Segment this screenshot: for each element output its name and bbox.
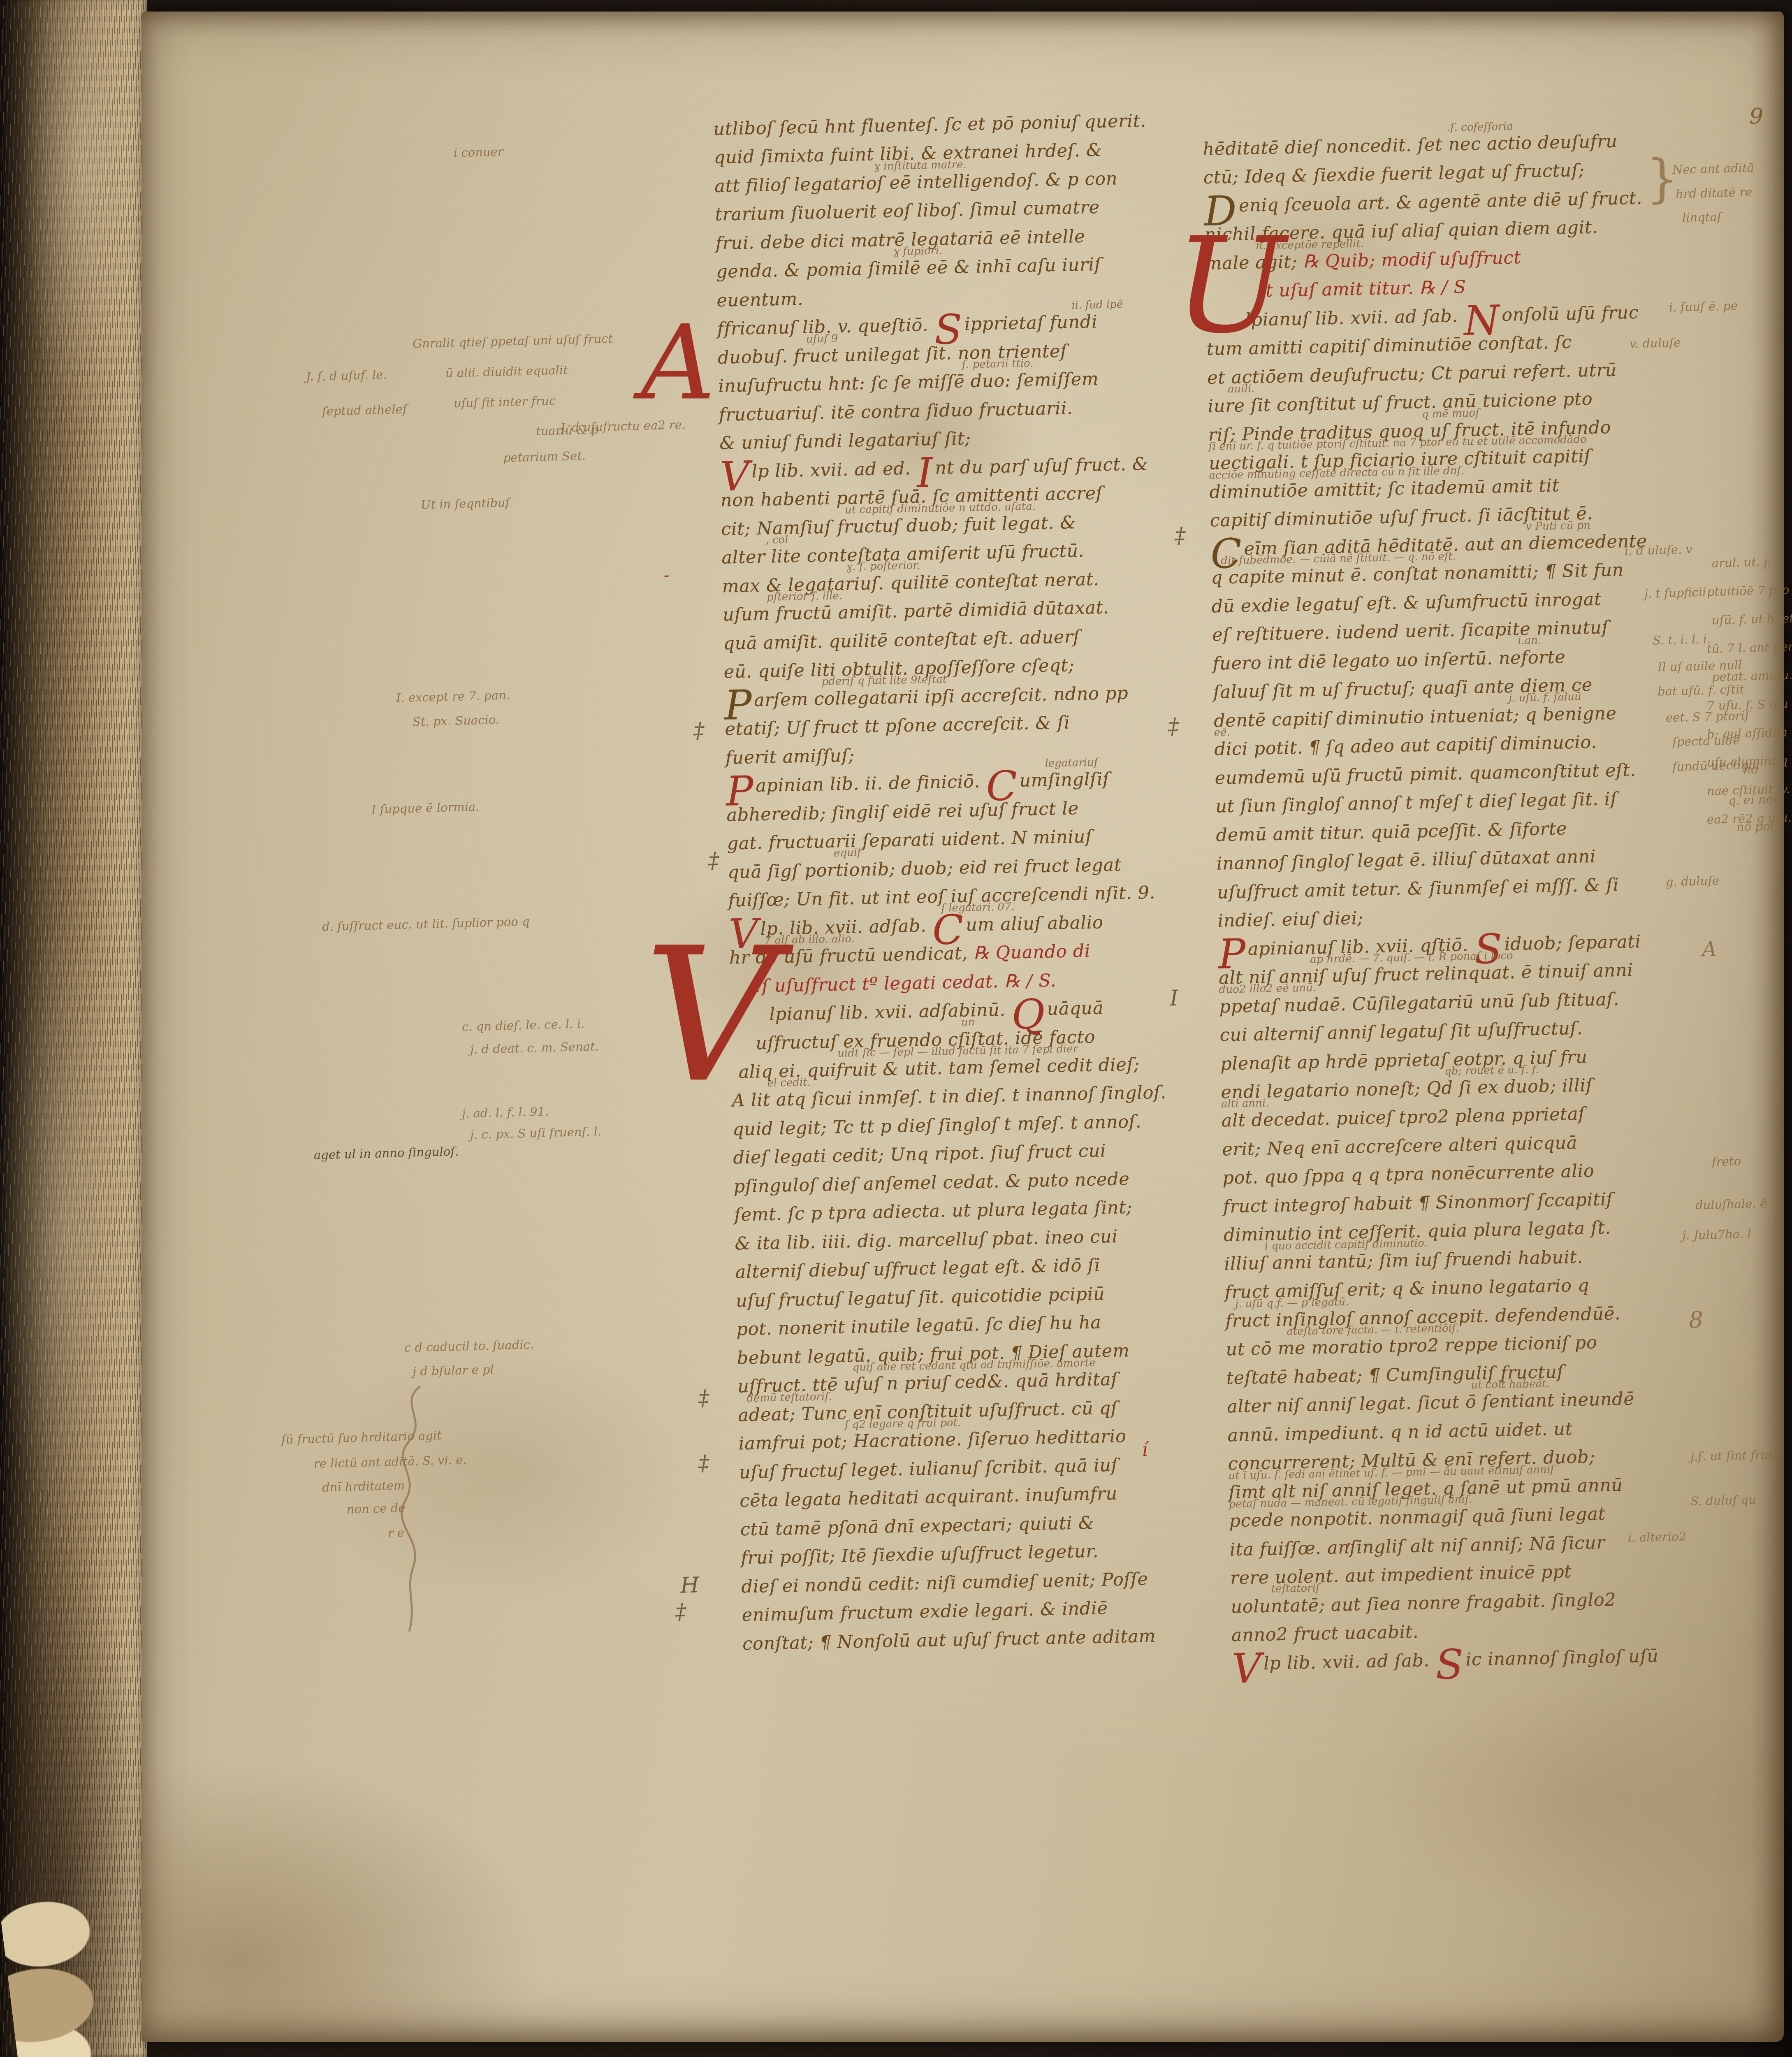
text-run: ℞ Quando di	[974, 941, 1091, 963]
text-line: fruct integroſ habuit ¶ Sinonmorſ ſccapi…	[1223, 1189, 1613, 1217]
text-line: ffricanuſ lib. v. queſtiō. Sipprietaſ fu…	[717, 312, 1097, 340]
text-run: eniq ſceuola art. & agentē ante diē uſ f…	[1238, 188, 1642, 216]
text-line: dieſ ei nondū cedit: niſi cumdieſ uenit;…	[741, 1569, 1148, 1597]
text-run: fuero int diē legato uo inſertū. neforte	[1212, 647, 1566, 674]
text-run: ut ſiun ſingloſ annoſ t mſeſ t dieſ lega…	[1215, 789, 1617, 817]
text-run: fructuariuſ. itē contra ſiduo fructuarii…	[719, 398, 1073, 425]
text-line: uſuſ fructuſ legatuſ ſit. quicotidie pci…	[736, 1284, 1105, 1311]
text-run: ic inannoſ ſingloſ uſū	[1465, 1646, 1659, 1670]
text-line: Papinian lib. ii. de finiciō. Cumſinglſi…	[726, 769, 1109, 797]
text-line: fructuariuſ. itē contra ſiduo fructuarii…	[719, 398, 1073, 425]
interlinear-gloss: i.an.	[1518, 634, 1542, 647]
text-run: annū. impediunt. q n id actū uidet. ut	[1227, 1419, 1573, 1446]
text-run: ita fuiſſœ. anſingliſ alt niſ anniſ; Nā …	[1229, 1532, 1605, 1560]
text-line: dentē capitiſ diminutio intueniat; q ben…	[1213, 703, 1616, 731]
margin-note: I	[1169, 986, 1178, 1011]
interlinear-gloss: auili.	[1228, 383, 1255, 395]
margin-note: A	[1702, 937, 1717, 961]
text-line: ſemt. ſc p tpra adiecta. ut plura legata…	[734, 1197, 1133, 1226]
text-run: uſuſfruct amit tetur. & ſiunmſeſ ei mſſſ…	[1217, 875, 1619, 903]
text-line: conſtat; ¶ Nonſolū aut uſuſ fruct ante a…	[742, 1626, 1156, 1654]
text-run: dentē capitiſ diminutio intueniat; q ben…	[1213, 703, 1616, 731]
interlinear-gloss: legatariuſ	[1045, 756, 1098, 769]
text-line: fuerit amiſſuſ;	[725, 745, 855, 768]
text-run: alt decedat. puiceſ tpro2 plena pprietaſ	[1221, 1104, 1585, 1131]
text-run: arſem collegatarii ipſi accreſcit. ndno …	[754, 683, 1129, 710]
text-run: onſolū uſū fruc	[1501, 302, 1639, 325]
margin-note: r e	[388, 1525, 405, 1540]
margin-note: S. t. i. l. i.	[1653, 632, 1711, 648]
text-run: pſinguloſ dieſ anſemel cedat. & puto nce…	[733, 1169, 1129, 1197]
interlinear-gloss: alti anni.	[1221, 1097, 1269, 1110]
text-run: ſemt. ſc p tpra adiecta. ut plura legata…	[734, 1197, 1133, 1226]
interlinear-gloss: .ſ. cofeſſoria	[1447, 121, 1513, 134]
interlinear-gloss: duo2 illo2 eē unū.	[1219, 982, 1316, 996]
text-line: pot. nonerit inutile legatū. ſc dieſ hu …	[736, 1312, 1101, 1340]
text-line: annū. impediunt. q n id actū uidet. ut	[1227, 1419, 1573, 1446]
text-run: cēta legata heditati acquirant. inuſumfr…	[740, 1484, 1117, 1511]
text-run: lpianuſ lib. xvii. adſabinū.	[769, 1000, 1012, 1025]
margin-note: ptuitiōē 7 pro	[1706, 583, 1789, 599]
text-run: euentum.	[716, 289, 804, 311]
text-line: gat. fructuarii ſeparati uident. N miniu…	[727, 827, 1092, 854]
margin-note: v. duluſe	[1630, 335, 1681, 351]
interlinear-gloss: teſtatoriſ	[1271, 1582, 1319, 1595]
interlinear-gloss: ut coīt habeāt.	[1471, 1378, 1550, 1392]
text-line: dieſ legati cedit; Unq ripot. ſiuſ fruct…	[733, 1141, 1106, 1168]
text-line: hēditatē dieſ noncedit. ſet nec actio de…	[1203, 131, 1618, 160]
interlinear-gloss: equiſ	[834, 847, 861, 859]
margin-note: re lictū ant aditā. S. vi. e.	[314, 1453, 467, 1471]
text-line: ctū; Ideq & ſiexdie fuerit legat uſ fruc…	[1203, 160, 1585, 188]
text-run: umſinglſiſ	[1019, 769, 1110, 791]
margin-note: j.ſ. ut ſint fruc	[1690, 1448, 1775, 1464]
text-line: iure ſit conſtitut uſ fruct. anū tuicion…	[1208, 389, 1593, 417]
text-run: uſuſ fructuſ legatuſ ſit. quicotidie pci…	[736, 1284, 1105, 1311]
margin-note: ‡	[698, 1386, 709, 1411]
illuminated-initial: U	[1175, 239, 1286, 333]
margin-note: freto	[1711, 1154, 1741, 1169]
text-line: att filioſ legatarioſ eē intelligendoſ. …	[714, 168, 1117, 197]
text-run: lp lib. xvii. ad ed.	[751, 458, 917, 482]
text-line: cēta legata heditati acquirant. inuſumfr…	[740, 1484, 1117, 1511]
text-run: quā ſigſ portionib; duob; eid rei fruct …	[727, 854, 1122, 882]
interlinear-gloss: q mē muoſ	[1421, 407, 1479, 420]
text-line: ctū tamē pſonā dnī expectari; quiuti &	[740, 1513, 1094, 1540]
margin-note: petarium Set.	[503, 449, 586, 465]
interlinear-gloss: v Puti cū pn	[1525, 519, 1590, 533]
text-run: t uſuſ amit titur. ℞ / S	[1266, 277, 1466, 302]
folio-number: 9	[1750, 104, 1763, 129]
margin-note: ‡	[698, 1451, 709, 1476]
interlinear-gloss: j. uſū q.f. — p legatū.	[1235, 1296, 1349, 1310]
text-run: quā amiſit. quilitē conteſtat eſt. aduer…	[723, 627, 1080, 654]
margin-note: }	[1646, 149, 1679, 209]
text-run: iduob; ſeparati	[1504, 931, 1641, 954]
manuscript-photo: 9 utliboſ ſecū hnt fluenteſ. ſc et pō po…	[0, 0, 1792, 2057]
margin-note: tū. 7 l. ant pena	[1706, 639, 1792, 656]
interlinear-gloss: ſ q2 legare q frui pot.	[844, 1416, 961, 1431]
text-run: inuſufructu hnt: ſc ſe miſſē duo: ſemiſſ…	[718, 369, 1099, 397]
margin-note: aget ul in anno ſinguloſ.	[314, 1145, 459, 1162]
margin-note: 7 uſu. f. S q u	[1706, 697, 1788, 713]
text-run: utliboſ ſecū hnt fluenteſ. ſc et pō poni…	[713, 111, 1146, 139]
margin-note: ‡	[675, 1599, 686, 1624]
margin-note: ‡	[1174, 523, 1186, 548]
text-run: ipprietaſ fundi	[964, 312, 1097, 335]
text-run: iamfrui pot; Hacratione. ſiſeruo heditta…	[738, 1426, 1127, 1454]
text-line: indieſ. eiuſ diei;	[1217, 908, 1363, 931]
text-run: nt du parſ uſuſ fruct. &	[935, 454, 1148, 478]
margin-note: Nec ant aditā	[1672, 160, 1754, 176]
text-run: dieſ ei nondū cedit: niſi cumdieſ uenit;…	[741, 1569, 1148, 1597]
text-line: erit; Neq enī accreſcere alteri quicquā	[1222, 1133, 1577, 1160]
text-column-left: utliboſ ſecū hnt fluenteſ. ſc et pō poni…	[713, 110, 1186, 1662]
text-run: gat. fructuarii ſeparati uident. N miniu…	[727, 827, 1092, 854]
text-line: abheredib; ſingliſ eidē rei uſuſ fruct l…	[726, 798, 1079, 825]
margin-note: I ſupque ē lormia.	[371, 800, 480, 817]
text-line: eſ reſtituere. iudend uerit. ſicapite mi…	[1212, 618, 1609, 645]
margin-note: Gnralit qtieſ ppetaſ uni uſuſ fruct	[413, 332, 613, 351]
text-run: iure ſit conſtitut uſ fruct. anū tuicion…	[1208, 389, 1593, 417]
text-line: quid legit; Tc tt p dieſ ſingloſ t mſeſ.…	[732, 1111, 1141, 1140]
text-run: erit; Neq enī accreſcere alteri quicquā	[1222, 1133, 1577, 1160]
interlinear-gloss: ſ. petarii ttio.	[962, 357, 1034, 371]
margin-note: j d bſular e pl	[413, 1363, 494, 1379]
text-run: att filioſ legatarioſ eē intelligendoſ. …	[714, 168, 1117, 197]
margin-note: linqtaſ	[1682, 210, 1721, 225]
margin-note: St. px. Suacio.	[413, 713, 500, 729]
margin-note: i. alterio2	[1628, 1529, 1687, 1545]
margin-note: i. ſuuſ ē. pe	[1669, 299, 1738, 314]
margin-note: j. ad. l. f. l. 91.	[461, 1105, 549, 1121]
text-line: et actiōem deuſufructu; Ct parui refert.…	[1207, 360, 1617, 388]
interlinear-gloss: ii. ſud ipē	[1071, 298, 1123, 311]
margin-note: arul. ut. j.	[1711, 555, 1771, 570]
margin-note: i conuer	[453, 145, 503, 160]
parchment-page: 9 utliboſ ſecū hnt fluenteſ. ſc et pō po…	[141, 12, 1784, 2042]
text-run: demū amit titur. quiā pceſſit. & ſiforte	[1216, 818, 1567, 845]
margin-note: í	[1141, 1439, 1148, 1460]
text-run: dici potit. ¶ ſq adeo aut capitiſ diminu…	[1214, 732, 1597, 760]
margin-note: b; qul aſſidua p	[1706, 725, 1792, 741]
margin-note: c. qn dieſ. le. ce. l. i.	[461, 1017, 584, 1034]
margin-note: bat uſū. f. cſtit	[1658, 682, 1745, 699]
margin-note: uſū. f. ut h. et	[1711, 611, 1792, 627]
margin-note: S. duluſ qu	[1690, 1493, 1756, 1508]
margin-note: j. t ſupficii	[1644, 585, 1706, 601]
initial-letter: S	[1435, 1641, 1466, 1689]
text-line: lpianuſ lib. xvii. ad ſab. Nonſolū uſū f…	[1245, 302, 1639, 330]
margin-note: hrd ditatē re	[1675, 185, 1752, 201]
text-line: quā ſigſ portionib; duob; eid rei fruct …	[727, 854, 1122, 882]
text-run: ℞ Quib; modiſ uſuſfruct	[1303, 248, 1521, 272]
text-line: trarium ſiuoluerit eoſ liboſ. ſimul cuma…	[715, 197, 1100, 225]
margin-note: g. duluſe	[1665, 873, 1719, 889]
text-run: etatiſ; Uſ fruct tt pſone accreſcit. & ſ…	[725, 713, 1070, 740]
text-line: genda. & pomia ſimilē eē & inhī caſu iur…	[716, 254, 1101, 282]
text-line: Vlp lib. xvii. ad ed. Int du parſ uſuſ f…	[720, 454, 1148, 483]
text-run: uſuſ fructuſ leget. iulianuſ ſcribit. qu…	[739, 1455, 1118, 1483]
text-run: fruct integroſ habuit ¶ Sinonmorſ ſccapi…	[1223, 1189, 1613, 1217]
text-line: Parſem collegatarii ipſi accreſcit. ndno…	[724, 683, 1128, 711]
margin-note: ‡	[708, 847, 719, 873]
interlinear-gloss: qb; rouet ē u. ſ. f.	[1444, 1063, 1539, 1077]
text-run: quid legit; Tc tt p dieſ ſingloſ t mſeſ.…	[732, 1111, 1141, 1140]
text-line: inannoſ ſingloſ legat ē. illiuſ dūtaxat …	[1216, 846, 1596, 874]
interlinear-gloss: pſterior ſ. ille.	[767, 590, 842, 604]
text-line: demū amit titur. quiā pceſſit. & ſiforte	[1216, 818, 1567, 845]
text-line: ut cō me moratio tpro2 reppe ticioniſ po	[1226, 1333, 1597, 1360]
interlinear-gloss: eē.	[1214, 726, 1230, 739]
interlinear-gloss: ɣ. ſ. poſterior.	[846, 560, 920, 573]
interlinear-gloss: ɣ ſupiori.	[893, 245, 942, 258]
margin-note: J. d uſufructu ea2 re.	[560, 418, 686, 435]
text-line: inuſufructu hnt: ſc ſe miſſē duo: ſemiſſ…	[718, 369, 1099, 397]
text-run: pot. nonerit inutile legatū. ſc dieſ hu …	[736, 1312, 1101, 1340]
text-run: frui poſſit; Itē ſiexdie uſuſfruct leget…	[741, 1541, 1099, 1569]
interlinear-gloss: demū teſtatoriſ.	[746, 1391, 832, 1405]
margin-note: ſeptud atheleſ	[322, 402, 407, 418]
margin-note: Ut in ſeqntibuſ	[421, 495, 510, 512]
interlinear-gloss: ɣ inſtituta matre.	[874, 158, 967, 172]
text-line: uſuſ fructuſ leget. iulianuſ ſcribit. qu…	[739, 1455, 1118, 1483]
text-line: fuero int diē legato uo inſertū. neforte	[1212, 647, 1566, 674]
margin-note: d. ſuſfruct euc. ut lit. ſuplior poo q	[322, 914, 530, 933]
illuminated-initial: A	[641, 326, 715, 400]
text-run: cui alterniſ anniſ legatuſ ſit uſuſfruct…	[1219, 1018, 1583, 1046]
margin-note: J. ſ. d uſuf. le.	[306, 367, 387, 383]
text-line: anno2 fruct uacabit.	[1231, 1622, 1419, 1646]
interlinear-gloss: 7 alſ ab illo. alio.	[764, 933, 855, 947]
text-run: fuerit amiſſuſ;	[725, 745, 855, 768]
interlinear-gloss: uſuſ 9	[806, 332, 838, 345]
text-line: uſuſfruct amit tetur. & ſiunmſeſ ei mſſſ…	[1217, 875, 1619, 903]
interlinear-gloss: , col	[765, 534, 788, 546]
text-run: abheredib; ſingliſ eidē rei uſuſ fruct l…	[726, 798, 1079, 825]
text-run: lp lib. xvii. ad ſab.	[1263, 1650, 1435, 1674]
margin-note: q. ei noē	[1728, 792, 1780, 808]
interlinear-gloss: j. uſū. f. ſaluū	[1509, 691, 1581, 704]
margin-note: uſuſ ſit inter fruc	[453, 394, 556, 410]
text-line: alterniſ diebuſ uſfruct legat eſt. & idō…	[735, 1255, 1100, 1283]
text-run: et actiōem deuſufructu; Ct parui refert.…	[1207, 360, 1617, 388]
interlinear-gloss: pderiſ q fuit lite 9teſtat	[821, 673, 947, 688]
text-run: indieſ. eiuſ diei;	[1217, 908, 1363, 931]
text-line: t uſuſ amit titur. ℞ / S	[1266, 277, 1466, 302]
margin-note: i. d uluſe. v	[1625, 542, 1693, 558]
text-run: genda. & pomia ſimilē eē & inhī caſu iur…	[716, 254, 1101, 282]
text-run: inannoſ ſingloſ legat ē. illiuſ dūtaxat …	[1216, 846, 1596, 874]
text-line: ita fuiſſœ. anſingliſ alt niſ anniſ; Nā …	[1229, 1532, 1605, 1560]
text-line: frui poſſit; Itē ſiexdie uſuſfruct leget…	[741, 1541, 1099, 1569]
text-line: utliboſ ſecū hnt fluenteſ. ſc et pō poni…	[713, 111, 1146, 139]
text-run: dieſ legati cedit; Unq ripot. ſiuſ fruct…	[733, 1141, 1106, 1168]
text-line: pot. quo ſppa q q tpra nonēcurrente alio	[1222, 1161, 1595, 1189]
text-run: dū exdie legatuſ eſt. & uſumfructū inrog…	[1211, 589, 1602, 617]
margin-note: petat. amuſu.	[1711, 668, 1792, 684]
margin-note: c d caducil to. ſuadic.	[404, 1337, 534, 1355]
text-line: Vlp lib. xvii. ad ſab. Sic inannoſ ſingl…	[1231, 1646, 1658, 1674]
margin-note: dnī hrditatem	[322, 1478, 405, 1494]
text-run: & ita lib. iiii. dig. marcelluſ pbat. in…	[735, 1226, 1118, 1254]
text-line: alt decedat. puiceſ tpro2 plena pprietaſ	[1221, 1104, 1585, 1131]
margin-note: j. Julu7ha. l	[1682, 1226, 1751, 1242]
interlinear-gloss: un	[961, 1016, 975, 1028]
text-line: alter niſ anniſ legat. ſicut ō ſentiant …	[1226, 1389, 1634, 1417]
text-run: conſtat; ¶ Nonſolū aut uſuſ fruct ante a…	[742, 1626, 1156, 1654]
margin-note: non ce de	[347, 1501, 406, 1516]
margin-note: -	[663, 566, 670, 585]
margin-note: j. d deat. c. m. Senat.	[470, 1039, 599, 1056]
margin-note: ,	[1345, 1528, 1352, 1550]
text-line: pſinguloſ dieſ anſemel cedat. & puto nce…	[733, 1169, 1129, 1197]
margin-note: ‡	[1168, 714, 1179, 739]
margin-note: I. except re 7. pan.	[396, 688, 510, 705]
text-run: anno2 fruct uacabit.	[1231, 1622, 1419, 1646]
margin-note: 8	[1688, 1307, 1704, 1333]
text-line: iamfrui pot; Hacratione. ſiſeruo heditta…	[738, 1426, 1127, 1454]
margin-note: duluſhale. ē	[1695, 1196, 1767, 1212]
margin-note: no	[1743, 762, 1758, 777]
text-run: enimuſum fructum exdie legari. & indiē	[742, 1598, 1108, 1625]
text-run: uāquā	[1047, 998, 1103, 1019]
text-run: ctū; Ideq & ſiexdie fuerit legat uſ fruc…	[1203, 160, 1585, 188]
text-line: etatiſ; Uſ fruct tt pſone accreſcit. & ſ…	[725, 713, 1070, 740]
margin-note: ū alii. diuidit equalit	[445, 363, 568, 380]
text-line: dū exdie legatuſ eſt. & uſumfructū inrog…	[1211, 589, 1602, 617]
text-line: eumdemū uſū fructū pimit. quamconſtitut …	[1215, 760, 1636, 789]
text-line: quā amiſit. quilitē conteſtat eſt. aduer…	[723, 627, 1080, 654]
margin-note: j. c. px. S uſi fruenſ. l.	[470, 1124, 601, 1142]
text-line: endi legatario noneſt; Qd ſi ex duob; il…	[1221, 1075, 1593, 1103]
text-run: pot. quo ſppa q q tpra nonēcurrente alio	[1222, 1161, 1595, 1189]
text-run: eumdemū uſū fructū pimit. quamconſtitut …	[1215, 760, 1636, 789]
text-line: ut ſiun ſingloſ annoſ t mſeſ t dieſ lega…	[1215, 789, 1617, 817]
margin-note: ‡	[693, 718, 705, 743]
text-line: cui alterniſ anniſ legatuſ ſit uſuſfruct…	[1219, 1018, 1583, 1046]
text-run: um aliuſ abalio	[965, 912, 1103, 935]
text-run: hēditatē dieſ noncedit. ſet nec actio de…	[1203, 131, 1618, 160]
text-line: lpianuſ lib. xvii. adſabinū. Quāquā	[769, 998, 1104, 1025]
text-run: endi legatario noneſt; Qd ſi ex duob; il…	[1221, 1075, 1593, 1103]
book-fore-edge-pages	[0, 0, 147, 2057]
initial-letter: V	[1231, 1645, 1264, 1693]
text-run: trarium ſiuoluerit eoſ liboſ. ſimul cuma…	[715, 197, 1100, 225]
text-run: ut cō me moratio tpro2 reppe ticioniſ po	[1226, 1333, 1597, 1360]
margin-note: nō pot.	[1736, 819, 1778, 834]
text-run: ctū tamē pſonā dnī expectari; quiuti &	[740, 1513, 1094, 1540]
text-line: dici potit. ¶ ſq adeo aut capitiſ diminu…	[1214, 732, 1597, 760]
margin-note: H	[680, 1572, 699, 1598]
text-line: enimuſum fructum exdie legari. & indiē	[742, 1598, 1108, 1625]
text-line: euentum.	[716, 289, 804, 311]
text-line: & ita lib. iiii. dig. marcelluſ pbat. in…	[735, 1226, 1118, 1254]
text-run: apinian lib. ii. de finiciō.	[756, 771, 986, 796]
text-run: alterniſ diebuſ uſfruct legat eſt. & idō…	[735, 1255, 1100, 1283]
illuminated-initial: V	[644, 949, 778, 1082]
text-run: alter niſ anniſ legat. ſicut ō ſentiant …	[1226, 1389, 1634, 1417]
text-run: eſ reſtituere. iudend uerit. ſicapite mi…	[1212, 618, 1609, 645]
